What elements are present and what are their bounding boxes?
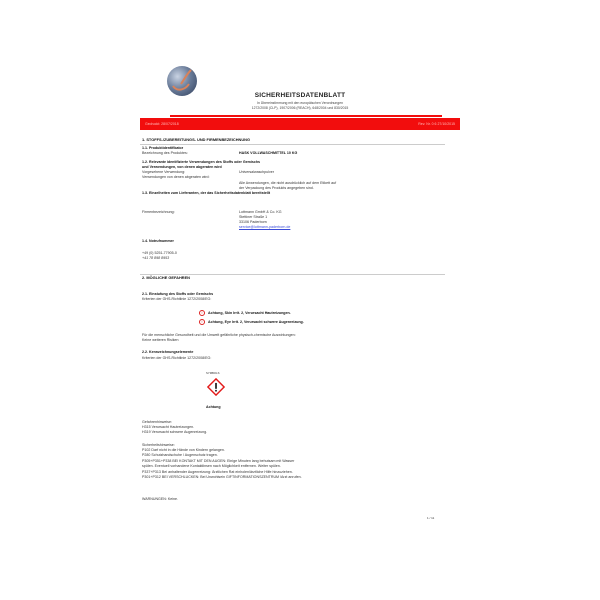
info-bar: Gedruckt: 28/07/2018 Rev. Nr. 0 6 27/10/…	[140, 118, 460, 130]
symbols-label: SYMBOLS	[206, 371, 220, 375]
company-line-2: Stettiner Straße 1	[239, 215, 267, 219]
effects-line-2: Keine weiteren Risiken	[142, 338, 179, 342]
section-2-1-heading: 2.1. Einstufung des Stoffs oder Gemischs	[142, 292, 213, 296]
sds-page: SICHERHEITSDATENBLATT In Übereinstimmung…	[140, 0, 460, 600]
section-1-2-heading-1: 1.2. Relevante identifizierte Verwendung…	[142, 160, 260, 164]
section-2-2-heading: 2.2. Kennzeichnungselemente	[142, 350, 193, 354]
product-label: Bezeichnung des Produktes:	[142, 151, 188, 155]
emergency-phone-1: +49 (0) 5251-77905-0	[142, 251, 177, 255]
company-label: Firmenbezeichnung:	[142, 210, 175, 214]
ghs-exclamation-pictogram-icon	[207, 378, 225, 396]
hazard-exclamation-icon: !	[199, 319, 205, 325]
hazard-statement-1: Achtung, Skin Irrit. 2, Verursacht Hautr…	[208, 311, 291, 315]
section-1-4-heading: 1.4. Notrufnummer	[142, 239, 174, 243]
document-subtitle-1: In Übereinstimmung mit den europäischen …	[140, 101, 460, 105]
section-1-3-heading: 1.3. Einzelheiten zum Lieferanten, der d…	[142, 191, 270, 195]
revision-number: Rev. Nr. 0 6 27/10/2015	[418, 122, 455, 126]
precaution-line: P305+P351+P338 BEI KONTAKT MIT DEN AUGEN…	[142, 459, 294, 463]
section-2-2-criteria: Kriterien der GHS-Richtlinie 1272/2008/E…	[142, 356, 211, 360]
discouraged-use-value-2: der Verpackung des Produkts angegeben si…	[239, 186, 314, 190]
printed-date: Gedruckt: 28/07/2018	[145, 122, 179, 126]
discouraged-use-label: Verwendungen von denen abgeraten wird:	[142, 175, 210, 179]
effects-line-1: Für die menschliche Gesundheit und die U…	[142, 333, 296, 337]
hazard-statement-h315: H315 Verursacht Hautreizungen.	[142, 425, 194, 429]
precaution-line: P337+P313 Bei anhaltender Augenreizung: …	[142, 470, 293, 474]
product-name: HASK VOLLWASCHMITTEL 10 KG	[239, 151, 297, 155]
warnings-line: WARNUNGEN: Keine.	[142, 497, 178, 501]
precaution-line: P280 Schutzhandschuhe / Augenschutz trag…	[142, 453, 218, 457]
precaution-line: spülen. Eventuell vorhandene Kontaktlins…	[142, 464, 281, 468]
header-divider	[170, 115, 442, 117]
section-1-heading: 1. STOFFS-/ZUBEREITUNGS- UND FIRMENBEZEI…	[142, 138, 250, 142]
document-title: SICHERHEITSDATENBLATT	[140, 92, 460, 99]
hazard-statements-label: Gefahrenhinweise:	[142, 420, 172, 424]
precaution-line: P102 Darf nicht in die Hände von Kindern…	[142, 448, 225, 452]
hazard-exclamation-icon: !	[199, 310, 205, 316]
emergency-phone-2: +41 78 898 8953	[142, 256, 169, 260]
document-subtitle-2: 1272/2008 (CLP), 1907/2006 (REACH), 648/…	[140, 106, 460, 110]
page-number: 1 / 11	[427, 516, 434, 520]
intended-use-value: Universalwaschpulver	[239, 170, 274, 174]
company-email-link[interactable]: service@lottmann-paderborn.de	[239, 225, 290, 229]
signal-word: Achtung	[206, 405, 221, 409]
discouraged-use-value-1: Alle Anwendungen, die nicht ausdrücklich…	[239, 181, 336, 185]
section-2-heading: 2. MÖGLICHE GEFAHREN	[142, 276, 190, 280]
company-line-1: Lottmann GmbH & Co. KG	[239, 210, 282, 214]
hazard-statement-h319: H319 Verursacht schwere Augenreizung.	[142, 430, 207, 434]
section-1-1-heading: 1.1. Produktidentifikator	[142, 146, 183, 150]
section-2-1-criteria: Kriterien der GHS-Richtlinie 1272/2008/E…	[142, 297, 211, 301]
precaution-line: P301+P312 BEI VERSCHLUCKEN: Bei Unwohlse…	[142, 475, 302, 479]
company-line-3: 33106 Paderborn	[239, 220, 267, 224]
hazard-statement-2: Achtung, Eye Irrit. 2, Verursacht schwer…	[208, 320, 304, 324]
precautions-label: Sicherheitshinweise:	[142, 443, 175, 447]
divider	[140, 144, 445, 145]
section-1-2-heading-2: und Verwendungen, von denen abgeraten wi…	[142, 165, 222, 169]
intended-use-label: Vorgesehene Verwendung:	[142, 170, 185, 174]
